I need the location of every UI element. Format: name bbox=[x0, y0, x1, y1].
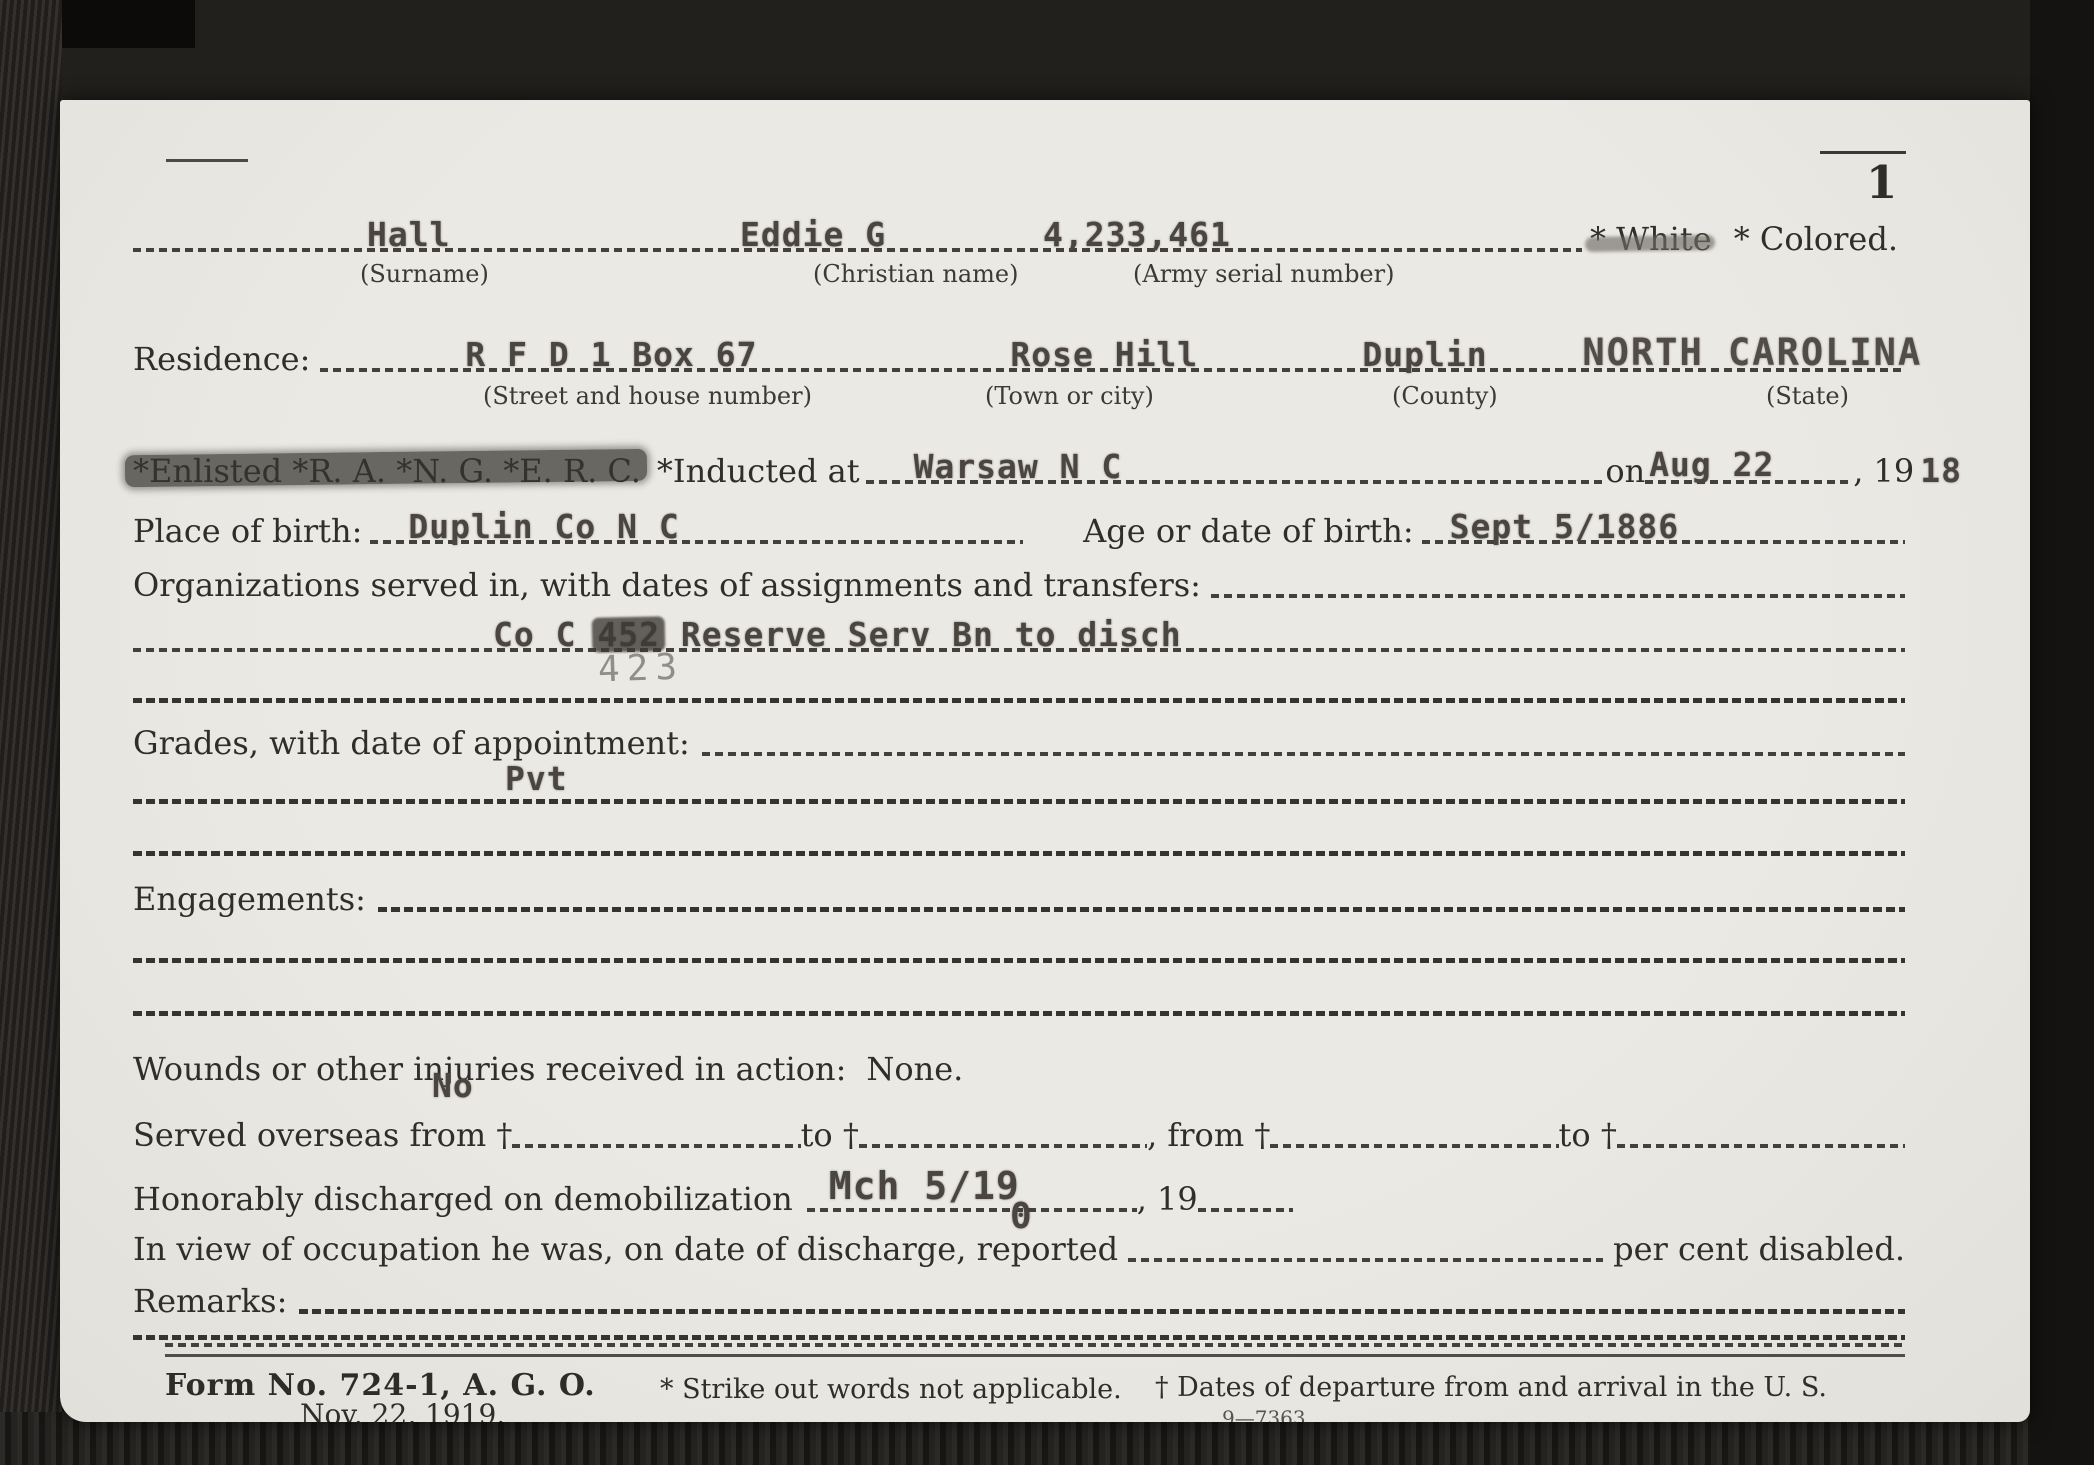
grades-label-row: Grades, with date of appointment: bbox=[133, 716, 1905, 764]
remarks-line bbox=[299, 1274, 1905, 1322]
age-label: Age or date of birth: bbox=[1083, 512, 1414, 550]
org-correction-handwritten: 423 bbox=[597, 647, 684, 691]
overseas-to2-line bbox=[1617, 1106, 1905, 1156]
serial-number-label: (Army serial number) bbox=[1133, 260, 1394, 288]
induction-date-line: Aug 22 bbox=[1645, 436, 1853, 492]
overseas-from2-label: , from † bbox=[1147, 1116, 1270, 1154]
place-of-birth-line: Duplin Co N C bbox=[370, 496, 1083, 552]
grades-label-line bbox=[702, 716, 1905, 764]
on-label: on bbox=[1605, 452, 1645, 490]
grades-label: Grades, with date of appointment: bbox=[133, 724, 690, 762]
photo-left-strip bbox=[0, 0, 62, 1465]
discharge-date-rule bbox=[807, 1208, 1137, 1212]
disability-suffix: per cent disabled. bbox=[1613, 1230, 1905, 1268]
wounds-label: Wounds or other injuries received in act… bbox=[133, 1050, 846, 1088]
organizations-entry-row: Co C 452 Reserve Serv Bn to disch bbox=[133, 606, 1905, 660]
discharge-year-rule bbox=[1198, 1208, 1293, 1212]
organizations-entry-line: Co C 452 Reserve Serv Bn to disch bbox=[133, 606, 1905, 660]
overseas-from2-line bbox=[1270, 1106, 1558, 1156]
birth-date-line: Sept 5/1886 bbox=[1422, 496, 1905, 552]
street-label: (Street and house number) bbox=[483, 382, 812, 410]
org-entry-prefix: Co C bbox=[493, 615, 576, 654]
disability-rule bbox=[1128, 1258, 1603, 1262]
overseas-to-rule bbox=[859, 1144, 1147, 1148]
dagger-note: † Dates of departure from and arrival in… bbox=[1155, 1372, 1827, 1403]
overseas-to-label: to † bbox=[801, 1116, 859, 1154]
discharge-label: Honorably discharged on demobilization bbox=[133, 1180, 793, 1218]
overseas-from2-rule bbox=[1270, 1144, 1558, 1148]
year-printed: , 19 bbox=[1853, 452, 1914, 490]
surname-value: Hall bbox=[367, 215, 450, 254]
residence-label: Residence: bbox=[133, 340, 310, 378]
christian-name-label: (Christian name) bbox=[813, 260, 1018, 288]
residence-row: Residence: R F D 1 Box 67 Rose Hill Dupl… bbox=[133, 322, 1905, 380]
grades-label-rule bbox=[702, 752, 1905, 756]
overseas-answer-typed: No bbox=[432, 1066, 474, 1105]
organizations-entry: Co C 452 Reserve Serv Bn to disch bbox=[493, 615, 1182, 654]
disability-row: In view of occupation he was, on date of… bbox=[133, 1218, 1905, 1270]
engagements-row: Engagements: bbox=[133, 872, 1905, 920]
induction-date-value: Aug 22 bbox=[1649, 445, 1774, 484]
grades-entry-rule bbox=[133, 799, 1905, 804]
race-colored-option: * Colored. bbox=[1734, 220, 1898, 258]
page-number: 1 bbox=[1866, 156, 1897, 209]
organizations-label-line bbox=[1211, 560, 1905, 606]
wounds-row: Wounds or other injuries received in act… bbox=[133, 1046, 1905, 1090]
disability-line bbox=[1128, 1218, 1603, 1270]
overseas-from-line bbox=[512, 1106, 800, 1156]
county-label: (County) bbox=[1392, 382, 1498, 410]
state-label: (State) bbox=[1766, 382, 1849, 410]
blank-rule-4 bbox=[133, 1011, 1905, 1016]
remarks-row: Remarks: bbox=[133, 1274, 1905, 1322]
christian-name-value: Eddie G bbox=[740, 215, 886, 254]
footer-solid-rule bbox=[165, 1354, 1905, 1357]
place-of-birth-label: Place of birth: bbox=[133, 512, 362, 550]
year-typed: 18 bbox=[1920, 451, 1962, 490]
overseas-to-line bbox=[859, 1106, 1147, 1156]
discharge-year-line bbox=[1198, 1162, 1293, 1220]
organizations-label: Organizations served in, with dates of a… bbox=[133, 566, 1201, 604]
footer-dotted-rule bbox=[165, 1343, 1905, 1347]
street-value: R F D 1 Box 67 bbox=[465, 335, 757, 374]
enlistment-struck-options: *Enlisted *R. A. *N. G. *E. R. C. bbox=[133, 452, 641, 490]
overseas-to2-label: to † bbox=[1559, 1116, 1617, 1154]
print-code: 9—7363 bbox=[1222, 1406, 1306, 1422]
page-number-overline bbox=[1820, 151, 1906, 154]
enlistment-row: *Enlisted *R. A. *N. G. *E. R. C. *Induc… bbox=[133, 436, 1962, 492]
disability-prefix: In view of occupation he was, on date of… bbox=[133, 1230, 1118, 1268]
scanned-photo: { "page": { "number": "1" }, "name_row":… bbox=[0, 0, 2094, 1465]
service-record-card: 1 Hall Eddie G 4,233,461 * White * Color… bbox=[60, 100, 2030, 1422]
race-white-option: * White bbox=[1590, 220, 1712, 258]
discharge-year-printed: , 19 bbox=[1137, 1180, 1198, 1218]
name-row: Hall Eddie G 4,233,461 * White * Colored… bbox=[133, 204, 1965, 260]
top-left-dash bbox=[166, 159, 248, 162]
county-value: Duplin bbox=[1362, 335, 1487, 374]
name-line: Hall Eddie G 4,233,461 bbox=[133, 204, 1582, 260]
remarks-rule bbox=[299, 1309, 1905, 1314]
grades-entry-row: Pvt bbox=[133, 764, 1905, 808]
strike-note: * Strike out words not applicable. bbox=[660, 1374, 1122, 1405]
state-value: NORTH CAROLINA bbox=[1582, 331, 1922, 374]
birth-date-value: Sept 5/1886 bbox=[1450, 507, 1680, 546]
engagements-label: Engagements: bbox=[133, 880, 366, 918]
overseas-from-label: Served overseas from † bbox=[133, 1116, 512, 1154]
overseas-from-rule bbox=[512, 1144, 800, 1148]
organizations-label-row: Organizations served in, with dates of a… bbox=[133, 560, 1905, 606]
engagements-line bbox=[378, 872, 1905, 920]
grades-entry: Pvt bbox=[505, 759, 568, 798]
overseas-row: Served overseas from † to † , from † to … bbox=[133, 1106, 1905, 1156]
birth-row: Place of birth: Duplin Co N C Age or dat… bbox=[133, 496, 1905, 552]
photo-right-band bbox=[2030, 0, 2094, 1465]
form-date: Nov. 22, 1919. bbox=[300, 1398, 505, 1422]
surname-label: (Surname) bbox=[360, 260, 489, 288]
inducted-place-value: Warsaw N C bbox=[914, 447, 1123, 486]
blank-rule-2 bbox=[133, 851, 1905, 856]
blank-rule-3 bbox=[133, 958, 1905, 963]
grades-entry-line: Pvt bbox=[133, 764, 1905, 808]
org-entry-suffix: Reserve Serv Bn to disch bbox=[681, 615, 1182, 654]
wounds-answer: None. bbox=[866, 1050, 963, 1088]
town-label: (Town or city) bbox=[985, 382, 1154, 410]
blank-rule-1 bbox=[133, 698, 1905, 703]
discharge-date-line: Mch 5/19 bbox=[807, 1162, 1137, 1220]
remarks-label: Remarks: bbox=[133, 1282, 287, 1320]
town-value: Rose Hill bbox=[1010, 335, 1198, 374]
overseas-to2-rule bbox=[1617, 1144, 1905, 1148]
place-of-birth-value: Duplin Co N C bbox=[408, 507, 679, 546]
serial-number-value: 4,233,461 bbox=[1043, 215, 1231, 254]
discharge-date-value: Mch 5/19 bbox=[829, 1164, 1020, 1208]
blank-rule-5 bbox=[133, 1335, 1905, 1340]
inducted-place-line: Warsaw N C bbox=[866, 436, 1606, 492]
organizations-label-rule bbox=[1211, 594, 1905, 598]
inducted-at-label: *Inducted at bbox=[657, 452, 860, 490]
engagements-rule bbox=[378, 907, 1905, 912]
residence-line: R F D 1 Box 67 Rose Hill Duplin NORTH CA… bbox=[320, 322, 1905, 380]
